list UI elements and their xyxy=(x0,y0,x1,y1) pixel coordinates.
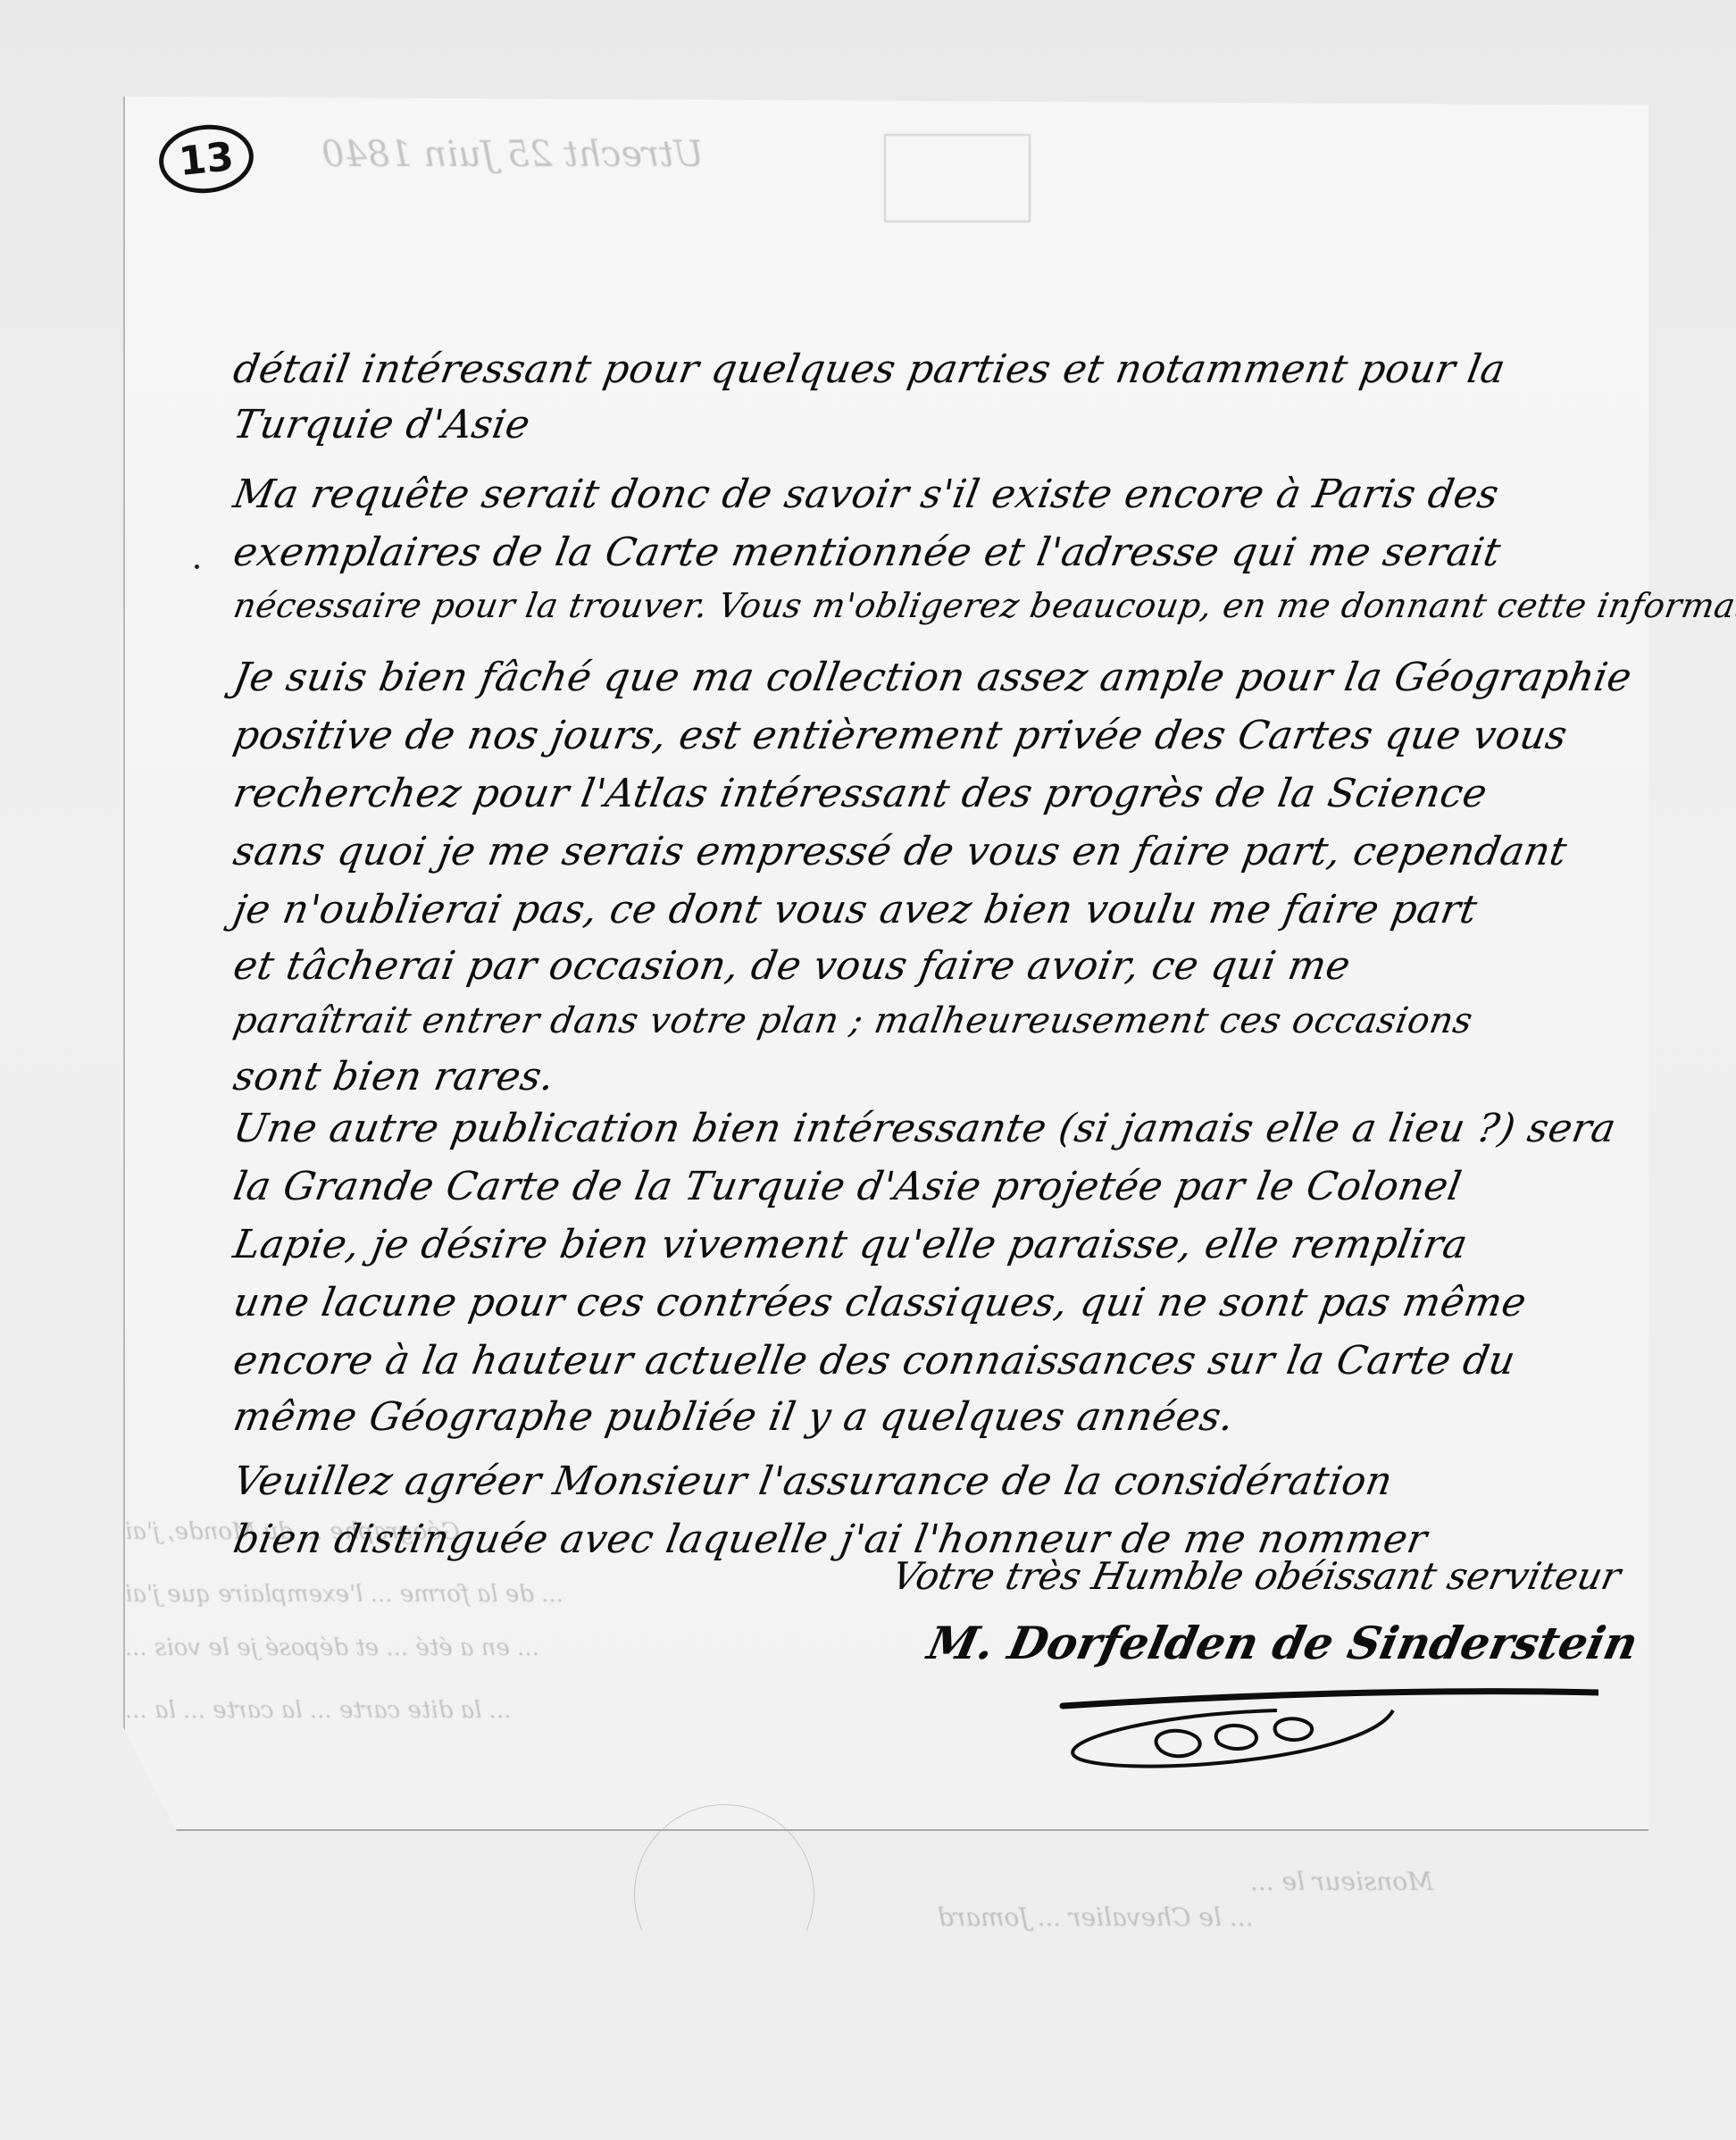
letter-line: une lacune pour ces contrées classiques,… xyxy=(230,1280,1531,1325)
letter-line: sont bien rares. xyxy=(230,1054,559,1099)
margin-ink-dot xyxy=(195,564,199,569)
bleed-through-header: Utrecht 25 Juin 1840 xyxy=(321,134,704,175)
signature-flourish-icon xyxy=(1027,1661,1598,1786)
folio-number: 13 xyxy=(177,133,236,184)
letter-line: et tâcherai par occasion, de vous faire … xyxy=(230,943,1355,989)
letter-line: Je suis bien fâché que ma collection ass… xyxy=(230,655,1636,700)
letter-line: Turquie d'Asie xyxy=(230,402,534,447)
letter-line: Une autre publication bien intéressante … xyxy=(230,1106,1620,1151)
letter-line: paraîtrait entrer dans votre plan ; malh… xyxy=(230,1000,1476,1041)
letter-line: sans quoi je me serais empressé de vous … xyxy=(230,829,1571,874)
letter-line: positive de nos jours, est entièrement p… xyxy=(230,713,1571,758)
letter-line: Lapie, je désire bien vivement qu'elle p… xyxy=(230,1222,1472,1267)
bleed-through-stamp-box xyxy=(884,134,1031,222)
letter-line: la Grande Carte de la Turquie d'Asie pro… xyxy=(230,1164,1465,1209)
bleed-through-line: ... la dite carte ... la carte ... la ..… xyxy=(125,1697,511,1724)
letter-line: recherchez pour l'Atlas intéressant des … xyxy=(230,771,1491,816)
bleed-through-line: ... de la forme ... l'exemplaire que j'a… xyxy=(125,1581,563,1608)
letter-line: je n'oublierai pas, ce dont vous avez bi… xyxy=(230,887,1481,932)
letter-line: Veuillez agréer Monsieur l'assurance de … xyxy=(230,1459,1397,1504)
closing-formula: Votre très Humble obéissant serviteur xyxy=(889,1554,1624,1598)
letter-line: même Géographe publiée il y a quelques a… xyxy=(230,1394,1238,1440)
letter-line: exemplaires de la Carte mentionnée et l'… xyxy=(230,530,1505,575)
bleed-through-line: ... en a été ... et déposé je le vois ..… xyxy=(125,1634,539,1661)
letter-line: nécessaire pour la trouver. Vous m'oblig… xyxy=(230,586,1736,625)
letter-line: Ma requête serait donc de savoir s'il ex… xyxy=(230,472,1503,517)
letter-line: détail intéressant pour quelques parties… xyxy=(230,347,1509,392)
bleed-through-line: Monsieur le ... xyxy=(1250,1867,1433,1896)
bleed-through-line: ... le Chevalier ... Jomard xyxy=(938,1902,1254,1932)
letter-line: encore à la hauteur actuelle des connais… xyxy=(230,1338,1519,1383)
